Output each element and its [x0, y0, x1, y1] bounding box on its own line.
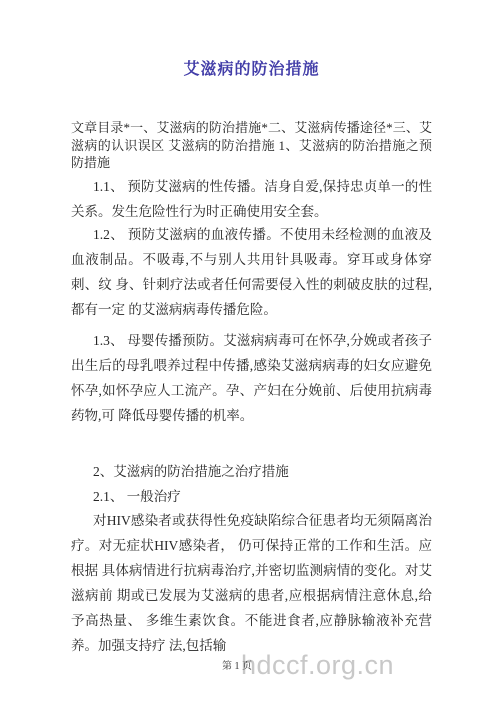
paragraph-prevention-mother-to-child: 1.3、 母婴传播预防。艾滋病病毒可在怀孕,分娩或者孩子出生后的母乳喂养过程中传… — [71, 328, 432, 428]
toc-paragraph: 文章目录*一、艾滋病的防治措施*二、艾滋病传播途径*三、艾滋病的认识误区 艾滋病… — [71, 119, 432, 172]
page-title: 艾滋病的防治措施 — [71, 56, 432, 79]
document-page: 艾滋病的防治措施 文章目录*一、艾滋病的防治措施*二、艾滋病传播途径*三、艾滋病… — [0, 0, 500, 707]
paragraph-prevention-blood: 1.2、 预防艾滋病的血液传播。不使用未经检测的血液及血液制品。不吸毒,不与别人… — [71, 222, 432, 322]
paragraph-prevention-sexual: 1.1、 预防艾滋病的性传播。洁身自爱,保持忠贞单一的性关系。发生危险性行为时正… — [71, 174, 432, 224]
section-heading-general-treatment: 2.1、 一般治疗 — [71, 484, 432, 509]
section-heading-treatment: 2、艾滋病的防治措施之治疗措施 — [71, 459, 432, 484]
page-number: 第 1 页 — [222, 657, 252, 672]
paragraph-general-treatment: 对HIV感染者或获得性免疫缺陷综合征患者均无须隔离治 疗。对无症状HIV感染者，… — [71, 508, 432, 658]
